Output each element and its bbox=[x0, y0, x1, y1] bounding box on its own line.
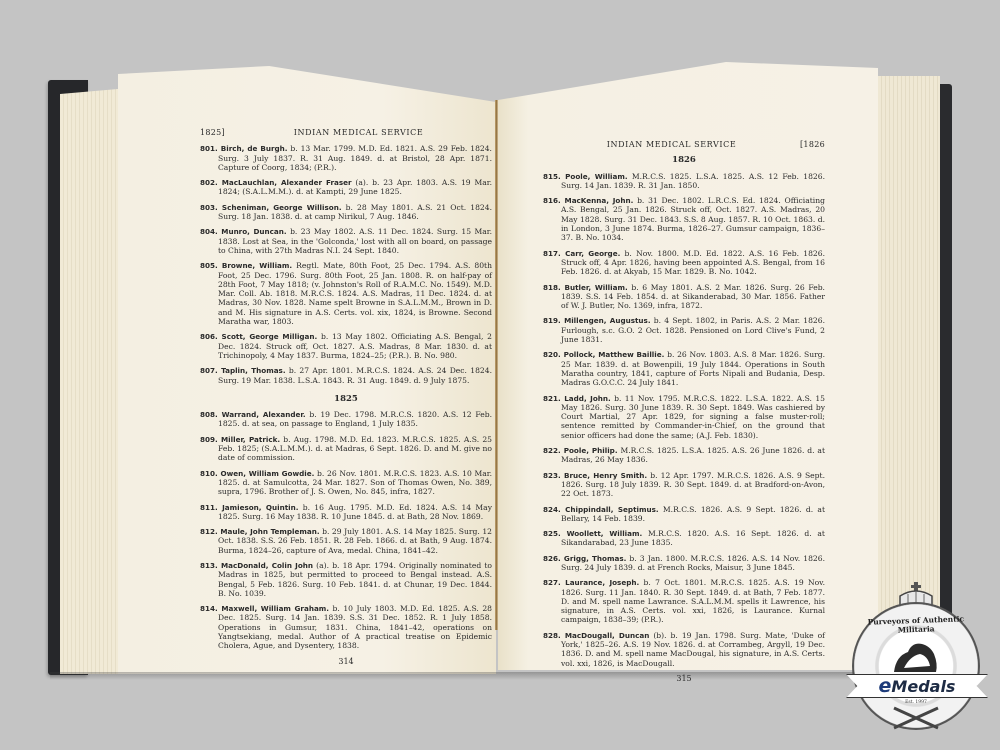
entry-name: Scott, George Milligan. bbox=[222, 332, 318, 341]
entry-name: Scheniman, George Willison. bbox=[222, 203, 342, 212]
entry-name: Millengen, Augustus. bbox=[564, 316, 651, 325]
page-number: 314 bbox=[200, 657, 492, 666]
entry-name: Bruce, Henry Smith. bbox=[564, 471, 647, 480]
entry-list-top: 801. Birch, de Burgh. b. 13 Mar. 1799. M… bbox=[200, 144, 492, 385]
entry-number: 809. bbox=[200, 435, 221, 444]
register-entry: 816. MacKenna, John. b. 31 Dec. 1802. L.… bbox=[543, 196, 825, 242]
entry-name: Munro, Duncan. bbox=[221, 227, 286, 236]
entry-name: Carr, George. bbox=[565, 249, 620, 258]
entry-number: 825. bbox=[543, 529, 567, 538]
emedals-logo: eMedals bbox=[879, 675, 956, 697]
entry-name: Woollett, William. bbox=[567, 529, 643, 538]
running-head: INDIAN MEDICAL SERVICE [1826 bbox=[543, 140, 825, 149]
register-entry: 812. Maule, John Templeman. b. 29 July 1… bbox=[200, 527, 492, 555]
entry-number: 826. bbox=[543, 554, 564, 563]
entry-name: Browne, William. bbox=[222, 261, 292, 270]
entry-name: Maule, John Templeman. bbox=[220, 527, 319, 536]
register-entry: 807. Taplin, Thomas. b. 27 Apr. 1801. M.… bbox=[200, 366, 492, 385]
emedals-watermark: Purveyors of Authentic Militaria eMedals… bbox=[846, 582, 986, 732]
entry-name: Pollock, Matthew Baillie. bbox=[564, 350, 665, 359]
register-entry: 801. Birch, de Burgh. b. 13 Mar. 1799. M… bbox=[200, 144, 492, 172]
register-entry: 828. MacDougall, Duncan (b). b. 19 Jan. … bbox=[543, 631, 825, 668]
register-entry: 814. Maxwell, William Graham. b. 10 July… bbox=[200, 604, 492, 650]
register-entry: 803. Scheniman, George Willison. b. 28 M… bbox=[200, 203, 492, 222]
badge-ribbon: eMedals bbox=[846, 674, 988, 698]
entry-name: Laurance, Joseph. bbox=[565, 578, 639, 587]
register-entry: 804. Munro, Duncan. b. 23 May 1802. A.S.… bbox=[200, 227, 492, 255]
entry-number: 812. bbox=[200, 527, 220, 536]
entry-name: Taplin, Thomas. bbox=[221, 366, 285, 375]
running-head-year: 1825] bbox=[200, 128, 225, 137]
register-entry: 820. Pollock, Matthew Baillie. b. 26 Nov… bbox=[543, 350, 825, 387]
register-entry: 805. Browne, William. Regtl. Mate, 80th … bbox=[200, 261, 492, 326]
entry-number: 827. bbox=[543, 578, 565, 587]
entry-name: MacDougall, Duncan bbox=[565, 631, 649, 640]
entry-number: 810. bbox=[200, 469, 221, 478]
entry-number: 817. bbox=[543, 249, 565, 258]
entry-number: 820. bbox=[543, 350, 564, 359]
entry-number: 801. bbox=[200, 144, 221, 153]
entry-name: Warrand, Alexander. bbox=[222, 410, 306, 419]
register-entry: 813. MacDonald, Colin John (a). b. 18 Ap… bbox=[200, 561, 492, 598]
entry-name: Miller, Patrick. bbox=[221, 435, 280, 444]
entry-number: 813. bbox=[200, 561, 221, 570]
register-entry: 823. Bruce, Henry Smith. b. 12 Apr. 1797… bbox=[543, 471, 825, 499]
register-entry: 827. Laurance, Joseph. b. 7 Oct. 1801. M… bbox=[543, 578, 825, 624]
register-entry: 817. Carr, George. b. Nov. 1800. M.D. Ed… bbox=[543, 249, 825, 277]
running-head: 1825] INDIAN MEDICAL SERVICE bbox=[200, 128, 492, 137]
entry-name: MacLauchlan, Alexander Fraser bbox=[222, 178, 352, 187]
entry-number: 808. bbox=[200, 410, 222, 419]
entry-list: 815. Poole, William. M.R.C.S. 1825. L.S.… bbox=[543, 172, 825, 668]
entry-name: Grigg, Thomas. bbox=[564, 554, 626, 563]
year-heading: 1825 bbox=[200, 395, 492, 404]
entry-name: Ladd, John. bbox=[564, 394, 611, 403]
entry-number: 818. bbox=[543, 283, 564, 292]
entry-name: MacKenna, John. bbox=[565, 196, 634, 205]
entry-number: 803. bbox=[200, 203, 222, 212]
page-number: 315 bbox=[543, 674, 825, 683]
register-entry: 810. Owen, William Gowdie. b. 26 Nov. 18… bbox=[200, 469, 492, 497]
open-book-photo: 1825] INDIAN MEDICAL SERVICE 801. Birch,… bbox=[0, 0, 1000, 750]
entry-number: 816. bbox=[543, 196, 565, 205]
running-head-year: [1826 bbox=[800, 140, 825, 149]
entry-number: 807. bbox=[200, 366, 221, 375]
entry-number: 805. bbox=[200, 261, 222, 270]
register-entry: 824. Chippindall, Septimus. M.R.C.S. 182… bbox=[543, 505, 825, 524]
entry-details: Regtl. Mate, 80th Foot, 25 Dec. 1794. A.… bbox=[218, 261, 492, 326]
register-entry: 811. Jamieson, Quintin. b. 16 Aug. 1795.… bbox=[200, 503, 492, 522]
book-gutter bbox=[495, 100, 498, 630]
year-heading: 1826 bbox=[543, 156, 825, 165]
entry-number: 802. bbox=[200, 178, 222, 187]
entry-name: Owen, William Gowdie. bbox=[221, 469, 315, 478]
register-entry: 809. Miller, Patrick. b. Aug. 1798. M.D.… bbox=[200, 435, 492, 463]
page-stack-right bbox=[870, 76, 940, 668]
lion-icon bbox=[890, 638, 942, 674]
register-entry: 821. Ladd, John. b. 11 Nov. 1795. M.R.C.… bbox=[543, 394, 825, 440]
entry-name: Butler, William. bbox=[564, 283, 627, 292]
entry-name: Maxwell, William Graham. bbox=[221, 604, 329, 613]
running-head-title: INDIAN MEDICAL SERVICE bbox=[543, 140, 800, 149]
register-entry: 802. MacLauchlan, Alexander Fraser (a). … bbox=[200, 178, 492, 197]
entry-number: 823. bbox=[543, 471, 564, 480]
running-head-title: INDIAN MEDICAL SERVICE bbox=[225, 128, 492, 137]
entry-name: Poole, Philip. bbox=[564, 446, 618, 455]
entry-list-bottom: 808. Warrand, Alexander. b. 19 Dec. 1798… bbox=[200, 410, 492, 651]
entry-number: 819. bbox=[543, 316, 564, 325]
register-entry: 819. Millengen, Augustus. b. 4 Sept. 180… bbox=[543, 316, 825, 344]
badge-established: Est. 1997 bbox=[896, 700, 936, 705]
register-entry: 825. Woollett, William. M.R.C.S. 1820. A… bbox=[543, 529, 825, 548]
badge-arc-text: Purveyors of Authentic Militaria bbox=[866, 614, 967, 635]
register-entry: 826. Grigg, Thomas. b. 3 Jan. 1800. M.R.… bbox=[543, 554, 825, 573]
entry-number: 821. bbox=[543, 394, 564, 403]
register-entry: 815. Poole, William. M.R.C.S. 1825. L.S.… bbox=[543, 172, 825, 191]
right-page-text: INDIAN MEDICAL SERVICE [1826 1826 815. P… bbox=[543, 140, 825, 683]
entry-name: MacDonald, Colin John bbox=[221, 561, 313, 570]
entry-number: 806. bbox=[200, 332, 222, 341]
entry-number: 822. bbox=[543, 446, 564, 455]
entry-number: 811. bbox=[200, 503, 222, 512]
entry-number: 814. bbox=[200, 604, 221, 613]
book-cover-right bbox=[938, 84, 952, 664]
entry-name: Poole, William. bbox=[565, 172, 627, 181]
entry-name: Birch, de Burgh. bbox=[221, 144, 288, 153]
entry-number: 824. bbox=[543, 505, 565, 514]
left-page-text: 1825] INDIAN MEDICAL SERVICE 801. Birch,… bbox=[200, 128, 492, 666]
entry-number: 804. bbox=[200, 227, 221, 236]
entry-number: 815. bbox=[543, 172, 565, 181]
crossed-swords-icon bbox=[890, 706, 942, 730]
register-entry: 808. Warrand, Alexander. b. 19 Dec. 1798… bbox=[200, 410, 492, 429]
entry-name: Chippindall, Septimus. bbox=[565, 505, 658, 514]
entry-name: Jamieson, Quintin. bbox=[222, 503, 298, 512]
register-entry: 822. Poole, Philip. M.R.C.S. 1825. L.S.A… bbox=[543, 446, 825, 465]
entry-number: 828. bbox=[543, 631, 565, 640]
register-entry: 806. Scott, George Milligan. b. 13 May 1… bbox=[200, 332, 492, 360]
register-entry: 818. Butler, William. b. 6 May 1801. A.S… bbox=[543, 283, 825, 311]
